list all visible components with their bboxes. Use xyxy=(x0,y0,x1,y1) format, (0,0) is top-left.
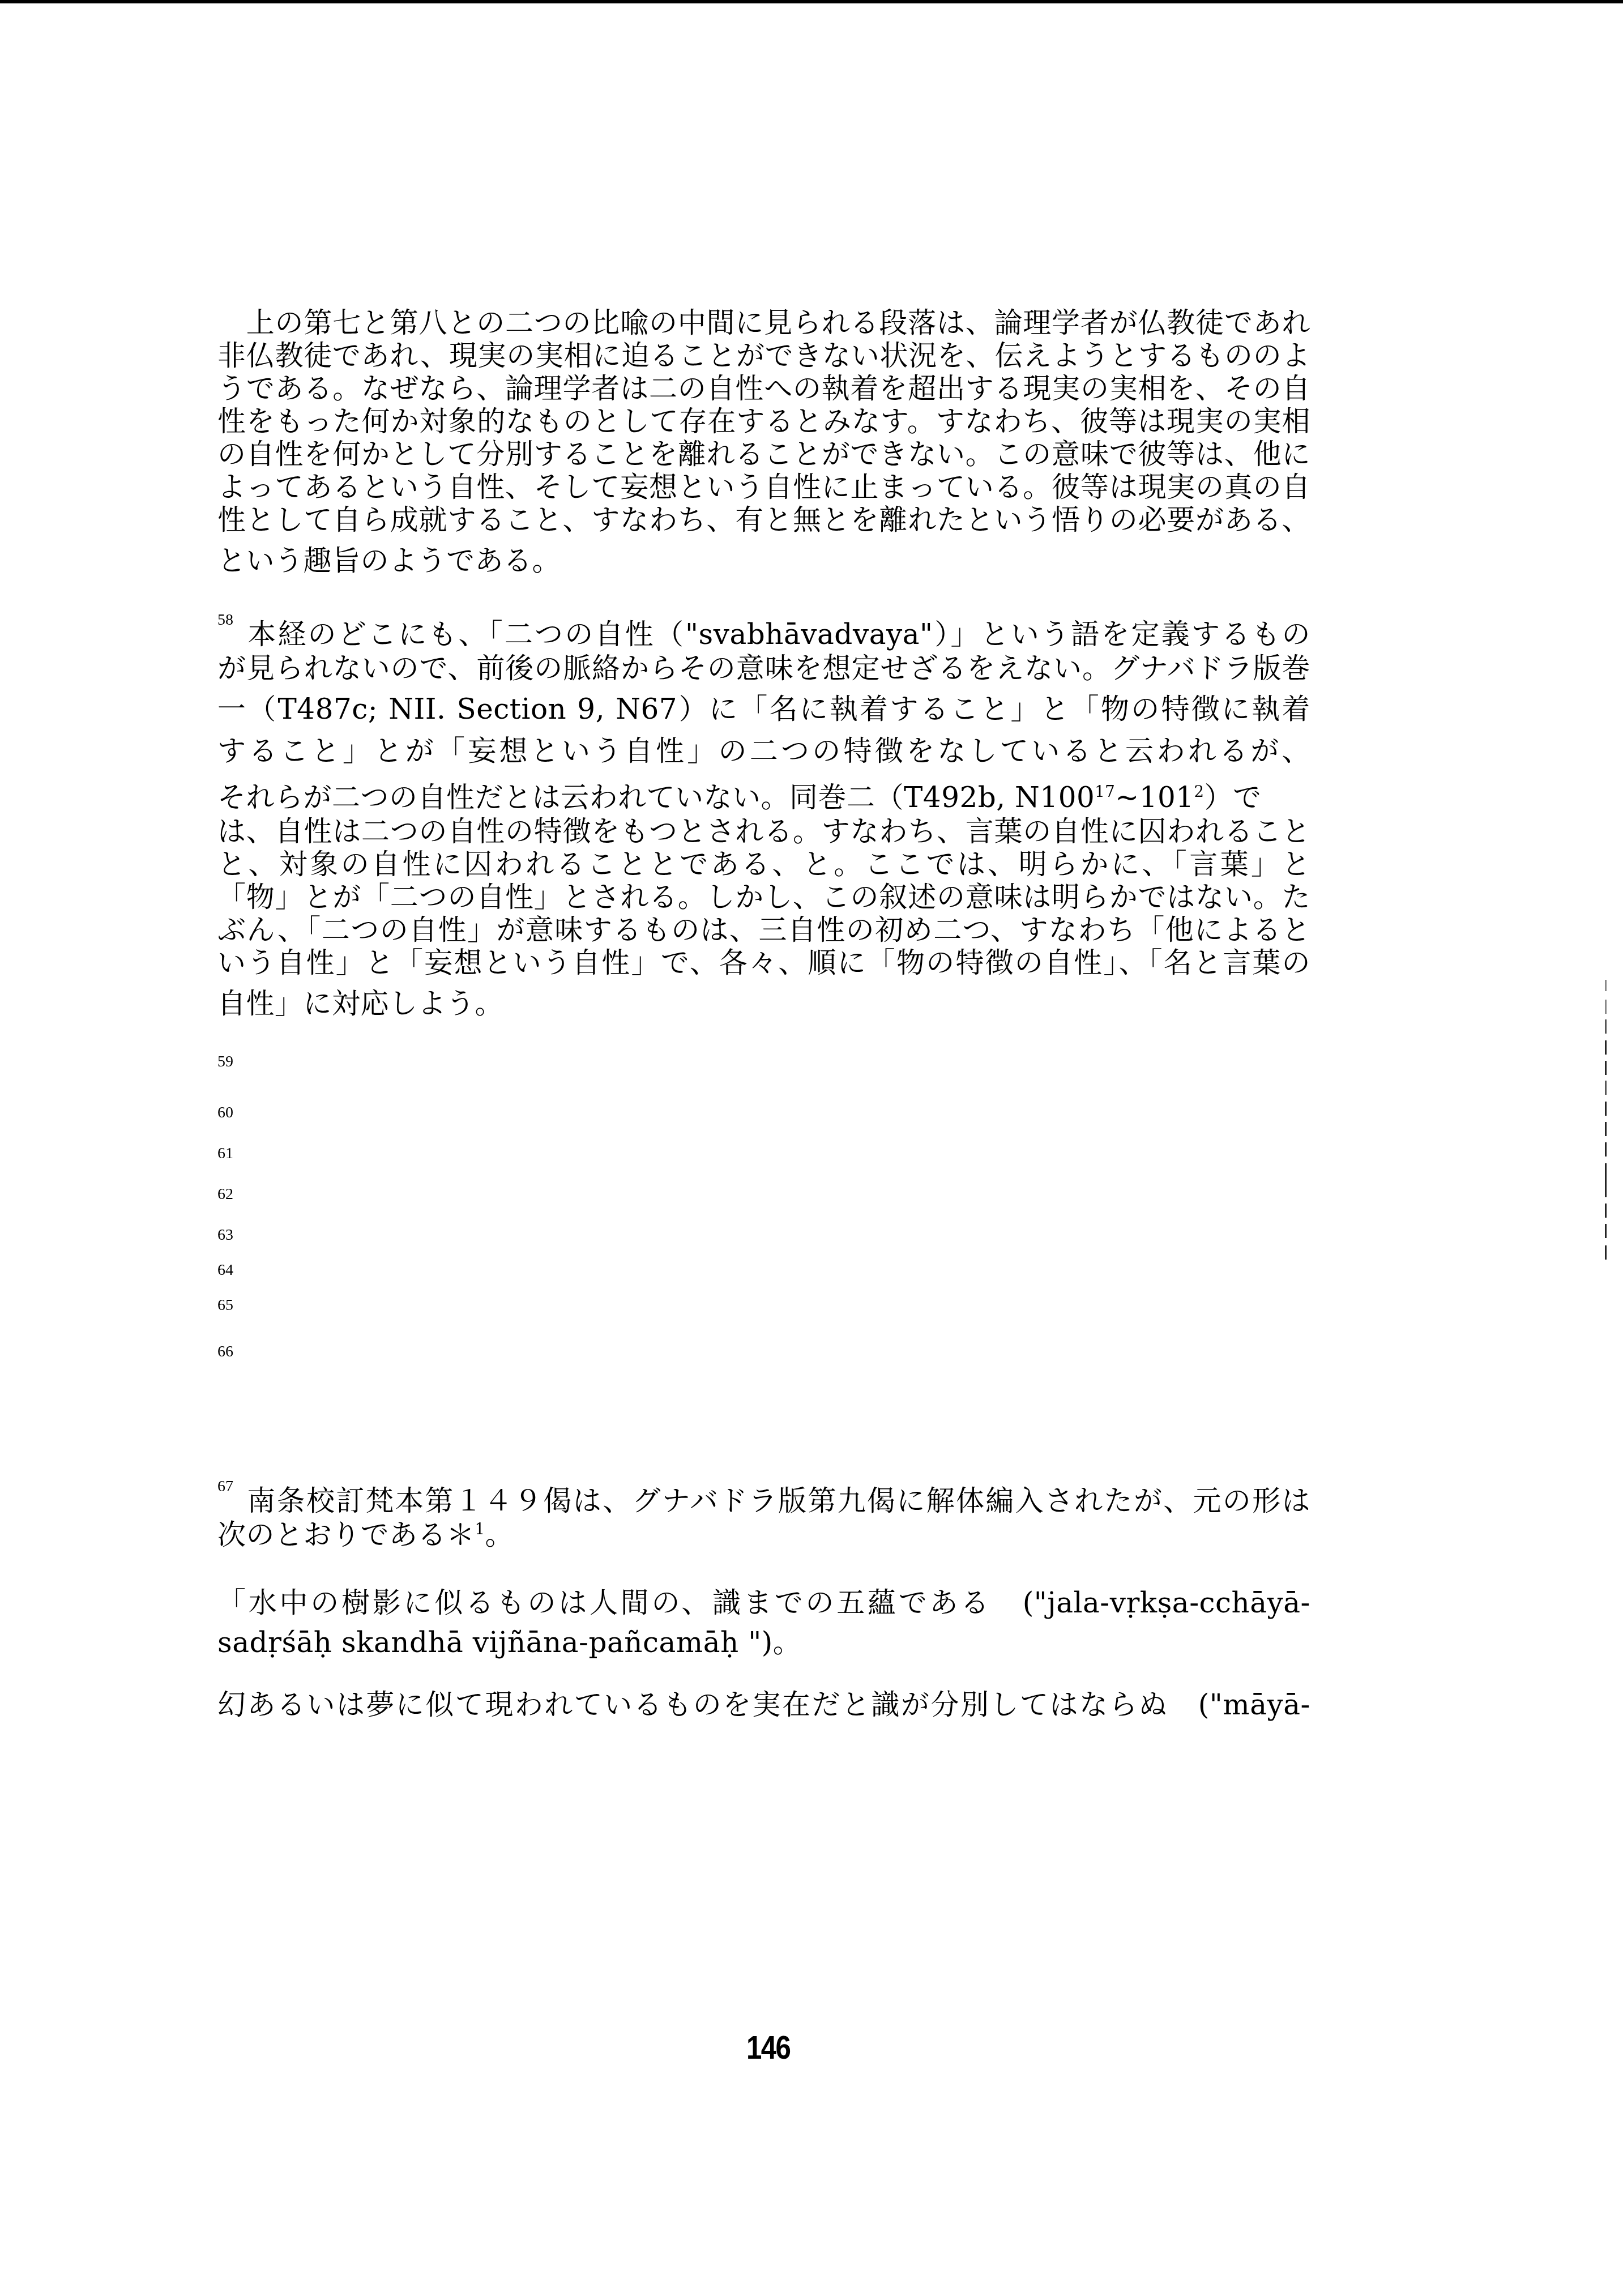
text-line: 南条校訂梵本第１４９偈は、グナバドラ版第九偈に解体編入されたが、元の形は xyxy=(217,1484,1310,1518)
superscript: 1 xyxy=(475,1520,485,1538)
text-line: それらが二つの自性だとは云われていない。同巻二（T492b, N10017~10… xyxy=(217,780,1262,814)
text-line: よってあるという自性、そして妄想という自性に止まっている。彼等は現実の真の自 xyxy=(217,470,1310,504)
superscript: 17 xyxy=(1095,783,1115,801)
text-line: ぶん、「二つの自性」が意味するものは、三自性の初め二つ、すなわち「他によると xyxy=(217,913,1310,947)
footnote-number: 60 xyxy=(217,1104,233,1121)
text-line: sadṛśāḥ skandhā vijñāna-pañcamāḥ ")。 xyxy=(217,1625,1310,1659)
footnote-number: 66 xyxy=(217,1343,233,1360)
text-segment: ）で xyxy=(1205,781,1262,814)
text-line: 性をもった何か対象的なものとして存在するとみなす。すなわち、彼等は現実の実相 xyxy=(217,404,1310,438)
footnote-number: 64 xyxy=(217,1262,233,1279)
document-page: 上の第七と第八との二つの比喩の中間に見られる段落は、論理学者が仏教徒であれ 非仏… xyxy=(0,0,1623,2296)
footnote-number: 59 xyxy=(217,1053,233,1070)
text-line: 「物」とが「二つの自性」とされる。しかし、この叙述の意味は明らかではない。た xyxy=(217,880,1310,914)
text-segment: それらが二つの自性だとは云われていない。同巻二（T492b, N100 xyxy=(217,781,1095,814)
text-line: 「水中の樹影に似るものは人間の、識までの五蘊である ("jala-vṛkṣa-c… xyxy=(217,1586,1310,1620)
text-line: の自性を何かとして分別することを離れることができない。この意味で彼等は、他に xyxy=(217,437,1310,471)
text-line: 上の第七と第八との二つの比喩の中間に見られる段落は、論理学者が仏教徒であれ xyxy=(217,306,1310,340)
text-line: という趣旨のようである。 xyxy=(217,544,1310,578)
text-line: うである。なぜなら、論理学者は二の自性への執着を超出する現実の実相を、その自 xyxy=(217,372,1310,406)
text-segment: 。 xyxy=(485,1518,514,1551)
page-number: 146 xyxy=(746,2029,790,2067)
text-line: 自性」に対応しよう。 xyxy=(217,987,1310,1021)
footnote-number: 65 xyxy=(217,1297,233,1314)
text-line: は、自性は二つの自性の特徴をもつとされる。すなわち、言葉の自性に囚われること xyxy=(217,814,1310,848)
footnote-number: 62 xyxy=(217,1186,233,1203)
text-segment: 次のとおりである＊ xyxy=(217,1518,475,1551)
text-segment: ~101 xyxy=(1115,781,1194,814)
scan-top-border xyxy=(0,0,1623,3)
text-line: いう自性」と「妄想という自性」で、各々、順に「物の特徴の自性」、「名と言葉の xyxy=(217,946,1310,980)
footnote-number: 63 xyxy=(217,1227,233,1244)
text-line: すること」とが「妄想という自性」の二つの特徴をなしていると云われるが、 xyxy=(217,734,1310,768)
text-line: 本経のどこにも、「二つの自性（"svabhāvadvaya"）」という語を定義す… xyxy=(217,617,1310,651)
text-line: 次のとおりである＊1。 xyxy=(217,1518,1310,1552)
text-line: 性として自ら成就すること、すなわち、有と無とを離れたという悟りの必要がある、 xyxy=(217,503,1310,537)
text-line: 非仏教徒であれ、現実の実相に迫ることができない状況を、伝えようとするもののよ xyxy=(217,339,1310,373)
superscript: 2 xyxy=(1194,783,1205,801)
text-line: と、対象の自性に囚われることとである、と。ここでは、明らかに、「言葉」と xyxy=(217,847,1310,881)
text-line: が見られないので、前後の脈絡からその意味を想定せざるをえない。グナバドラ版巻 xyxy=(217,651,1310,685)
text-line: 幻あるいは夢に似て現われているものを実在だと識が分別してはならぬ ("māyā- xyxy=(217,1688,1310,1722)
footnote-number: 61 xyxy=(217,1145,233,1162)
text-line: 一（T487c; NII. Section 9, N67）に「名に執着すること」… xyxy=(217,692,1310,726)
